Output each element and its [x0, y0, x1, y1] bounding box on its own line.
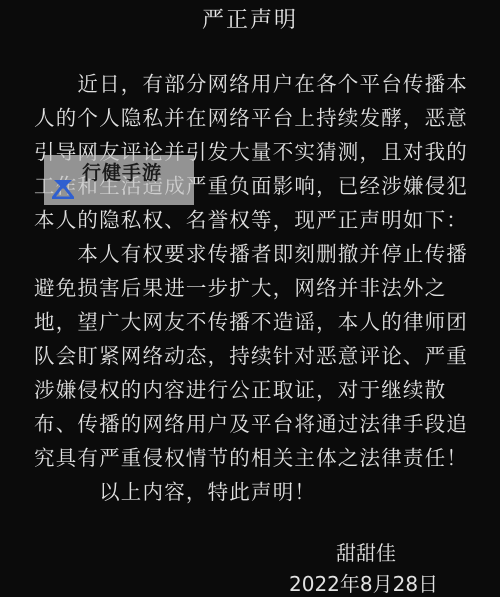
statement-line: 本人的隐私权、名誉权等，现严正声明如下：	[34, 208, 468, 232]
signature-name: 甜甜佳	[336, 541, 396, 565]
statement-line: 人的个人隐私并在网络平台上持续发酵，恶意	[34, 106, 468, 130]
statement-line: 地，望广大网友不传播不造谣，本人的律师团	[34, 310, 468, 334]
statement-line: 近日，有部分网络用户在各个平台传播本	[34, 72, 468, 96]
triangle-logo-icon	[52, 179, 74, 199]
statement-line: 避免损害后果进一步扩大，网络并非法外之	[34, 276, 446, 300]
statement-line: 队会盯紧网络动态，持续针对恶意评论、严重	[34, 344, 468, 368]
statement-line: 布、传播的网络用户及平台将通过法律手段追	[34, 412, 468, 436]
statement-line: 涉嫌侵权的内容进行公正取证，对于继续散	[34, 378, 446, 402]
statement-line: 本人有权要求传播者即刻删撤并停止传播	[34, 242, 468, 266]
watermark-text: 行健手游	[82, 158, 162, 185]
signature-date: 2022年8月28日	[289, 572, 438, 596]
statement-line: 以上内容，特此声明！	[34, 480, 316, 504]
watermark-overlay: 行健手游	[44, 155, 194, 205]
page-title: 严正声明	[0, 6, 500, 36]
statement-line: 究具有严重侵权情节的相关主体之法律责任！	[34, 446, 468, 470]
